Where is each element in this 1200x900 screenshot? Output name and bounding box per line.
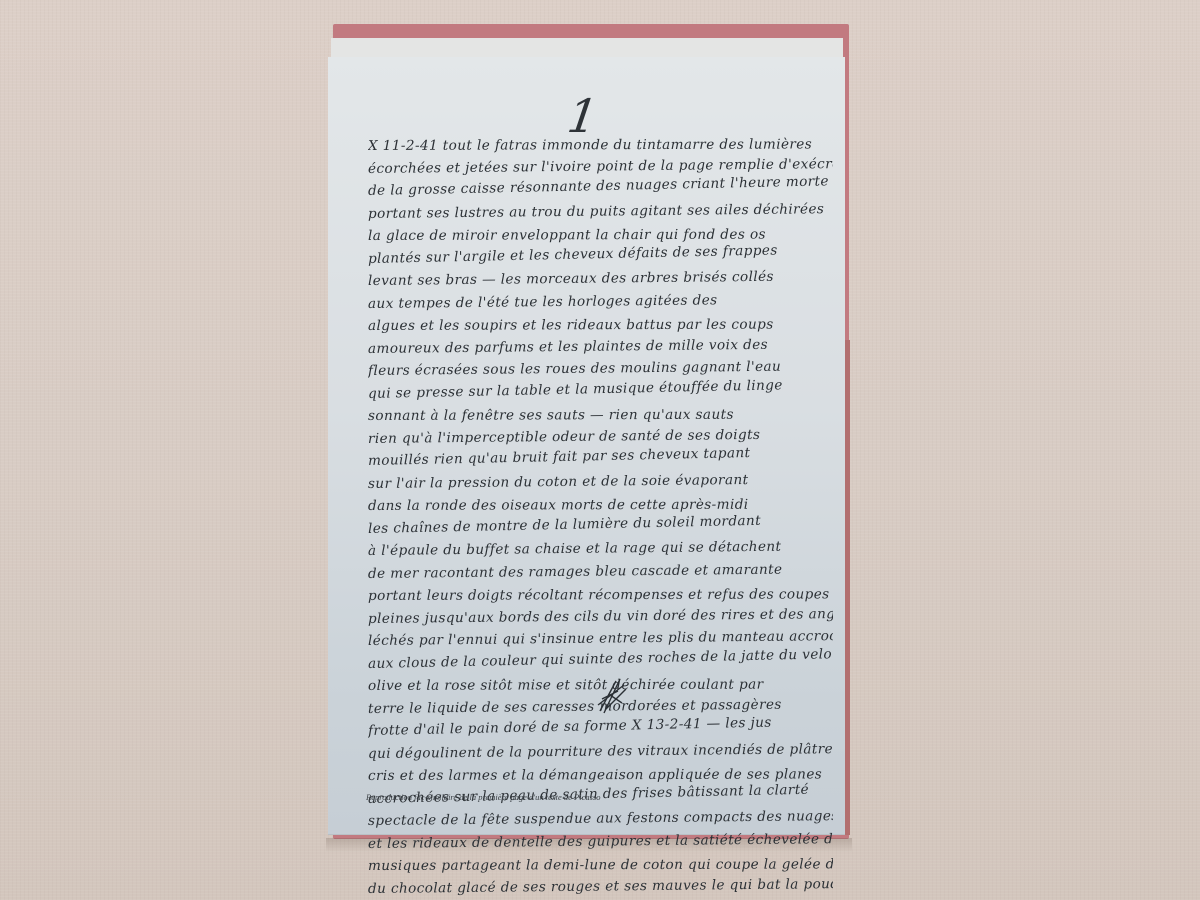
manuscript-line: sur l'air la pression du coton et de la … bbox=[368, 468, 833, 495]
manuscript-line: portant ses lustres au trou du puits agi… bbox=[368, 198, 833, 225]
manuscript-line: du chocolat glacé de ses rouges et ses m… bbox=[368, 873, 833, 900]
ink-scribble-icon bbox=[596, 675, 630, 715]
manuscript-page: 1 X 11-2-41 tout le fatras immonde du ti… bbox=[328, 57, 845, 834]
manuscript-line: qui dégoulinent de la pourriture des vit… bbox=[368, 738, 833, 765]
manuscript-line: et les rideaux de dentelle des guipures … bbox=[368, 828, 833, 855]
manuscript-line: de mer racontant des ramages bleu cascad… bbox=[368, 558, 833, 585]
manuscript-line: aux tempes de l'été tue les horloges agi… bbox=[368, 288, 833, 315]
handwritten-text: X 11-2-41 tout le fatras immonde du tint… bbox=[368, 135, 833, 900]
facsimile-caption: Reproduction fac-similaire de la premièr… bbox=[366, 792, 601, 802]
folder-edge bbox=[845, 340, 850, 835]
